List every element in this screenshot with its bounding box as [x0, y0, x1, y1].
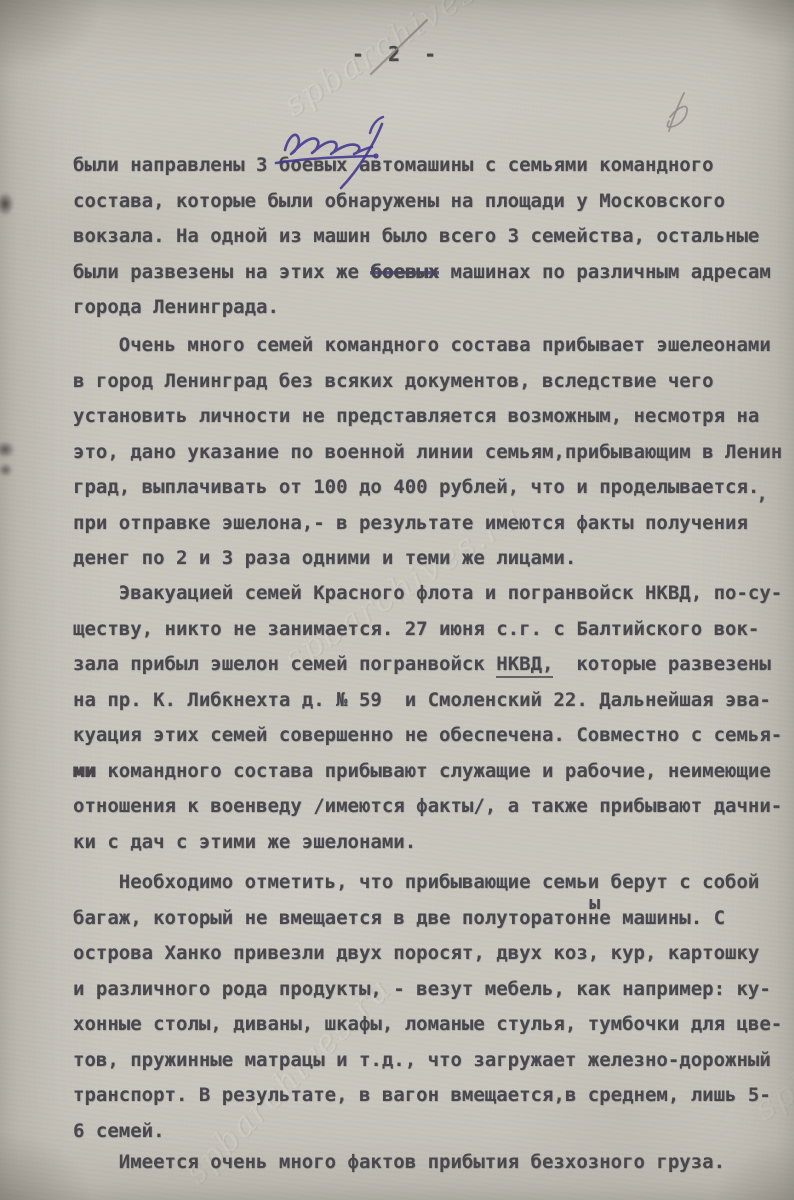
typed-segment: в город Ленинград без всяких документов,… [73, 370, 714, 392]
typed-segment: Эвакуацией семей Красного флота и погран… [73, 582, 782, 604]
typed-line: Имеется очень много фактов прибытия безх… [73, 1145, 786, 1181]
typed-line: Эвакуацией семей Красного флота и погран… [73, 576, 786, 612]
typed-line: и различного рода продукты, - везут мебе… [73, 972, 786, 1008]
typed-line: состава, которые были обнаружены на площ… [73, 184, 786, 220]
typed-segment: установить личности не представляется во… [73, 405, 759, 427]
paragraph: Необходимо отметить, что прибывающие сем… [73, 865, 786, 1149]
typed-line: град, выплачивать от 100 до 400 рублей, … [73, 470, 786, 506]
typed-line: в город Ленинград без всяких документов,… [73, 364, 786, 400]
typed-line: ки с дач с этими же эшелонами. [73, 825, 786, 861]
typed-line: при отправке эшелона,- в результате имею… [73, 506, 786, 542]
typed-segment: города Ленинграда. [73, 296, 279, 318]
typed-line: зала прибыл эшелон семей погранвойск НКВ… [73, 647, 786, 683]
typed-segment: ки с дач с этими же эшелонами. [73, 831, 416, 853]
typed-segment: транспорт. В результате, в вагон вмещает… [73, 1084, 771, 1106]
typed-segment: отношения к военведу /имеются факты/, а … [73, 795, 782, 817]
typed-line: на пр. К. Либкнехта д. № 59 и Смоленский… [73, 683, 786, 719]
paragraph: Имеется очень много фактов прибытия безх… [73, 1145, 786, 1181]
typed-line: вокзала. На одной из машин было всего 3 … [73, 219, 786, 255]
typed-segment-strike: боевых [279, 154, 348, 176]
typed-segment-bold: ми [73, 760, 96, 782]
typed-segment: денег по 2 и 3 раза одними и теми же лиц… [73, 547, 576, 569]
typed-line: денег по 2 и 3 раза одними и теми же лиц… [73, 541, 786, 577]
typed-line: ществу, никто не занимается. 27 июня с.г… [73, 612, 786, 648]
typed-segment: были направлены 3 [73, 154, 279, 176]
typed-segment: е машины. С [599, 907, 725, 929]
typed-segment-strike-heavy: боевых [370, 261, 439, 283]
typed-segment: багаж, который не вмещается в две полуто… [73, 907, 599, 929]
typed-line: багаж, который не вмещается в две полуто… [73, 901, 786, 937]
typed-segment: Очень много семей командного состава при… [73, 334, 771, 356]
typed-segment: состава, которые были обнаружены на площ… [73, 190, 725, 212]
typed-line: 6 семей. [73, 1114, 786, 1150]
typed-line: Очень много семей командного состава при… [73, 328, 786, 364]
typed-line: ми командного состава прибывают служащие… [73, 754, 786, 790]
typed-line: тов, пружинные матрацы и т.д., что загру… [73, 1043, 786, 1079]
typed-segment: зала прибыл эшелон семей погранвойск [73, 653, 496, 675]
typed-segment: град, выплачивать от 100 до 400 рублей, … [73, 476, 759, 498]
typed-segment: тов, пружинные матрацы и т.д., что загру… [73, 1049, 771, 1071]
typed-line: это, дано указание по военной линии семь… [73, 435, 786, 471]
document-body: были направлены 3 боевых автомашины с се… [0, 0, 794, 1200]
typed-segment: машинах по различным адресам [439, 261, 771, 283]
typed-segment: вокзала. На одной из машин было всего 3 … [73, 225, 759, 247]
scanned-document-page: { "colors": { "paper": "#c9c6be", "typed… [0, 0, 794, 1200]
typed-segment: куация этих семей совершенно не обеспече… [73, 724, 782, 746]
typed-line: были направлены 3 боевых автомашины с се… [73, 148, 786, 184]
typed-segment: которые развезены [553, 653, 770, 675]
typed-line: установить личности не представляется во… [73, 399, 786, 435]
typed-line: отношения к военведу /имеются факты/, а … [73, 789, 786, 825]
typed-segment: Имеется очень много фактов прибытия безх… [73, 1151, 725, 1173]
typed-line: транспорт. В результате, в вагон вмещает… [73, 1078, 786, 1114]
paragraph: были направлены 3 боевых автомашины с се… [73, 148, 786, 326]
typed-segment: и различного рода продукты, - везут мебе… [73, 978, 771, 1000]
typed-segment: это, дано указание по военной линии семь… [73, 441, 782, 463]
typed-segment: ществу, никто не занимается. 27 июня с.г… [73, 618, 759, 640]
typed-line: куация этих семей совершенно не обеспече… [73, 718, 786, 754]
typed-segment: автомашины с семьями командного [348, 154, 714, 176]
paragraph: Очень много семей командного состава при… [73, 328, 786, 577]
typed-segment: острова Ханко привезли двух поросят, дву… [73, 942, 759, 964]
typed-line: хонные столы, диваны, шкафы, ломаные сту… [73, 1007, 786, 1043]
typed-line: Необходимо отметить, что прибывающие сем… [73, 865, 786, 901]
typed-segment: на пр. К. Либкнехта д. № 59 и Смоленский… [73, 689, 771, 711]
typed-segment: 6 семей. [73, 1120, 165, 1142]
typed-segment: Необходимо отметить, что прибывающие сем… [73, 871, 759, 893]
typed-segment: командного состава прибывают служащие и … [96, 760, 771, 782]
typed-segment: хонные столы, диваны, шкафы, ломаные сту… [73, 1013, 782, 1035]
typed-segment-underline: НКВД, [496, 653, 553, 678]
typed-line: острова Ханко привезли двух поросят, дву… [73, 936, 786, 972]
typed-segment: при отправке эшелона,- в результате имею… [73, 512, 748, 534]
typed-line: были развезены на этих же боевых машинах… [73, 255, 786, 291]
typed-line: города Ленинграда. [73, 290, 786, 326]
paragraph: Эвакуацией семей Красного флота и погран… [73, 576, 786, 860]
typed-segment: были развезены на этих же [73, 261, 370, 283]
